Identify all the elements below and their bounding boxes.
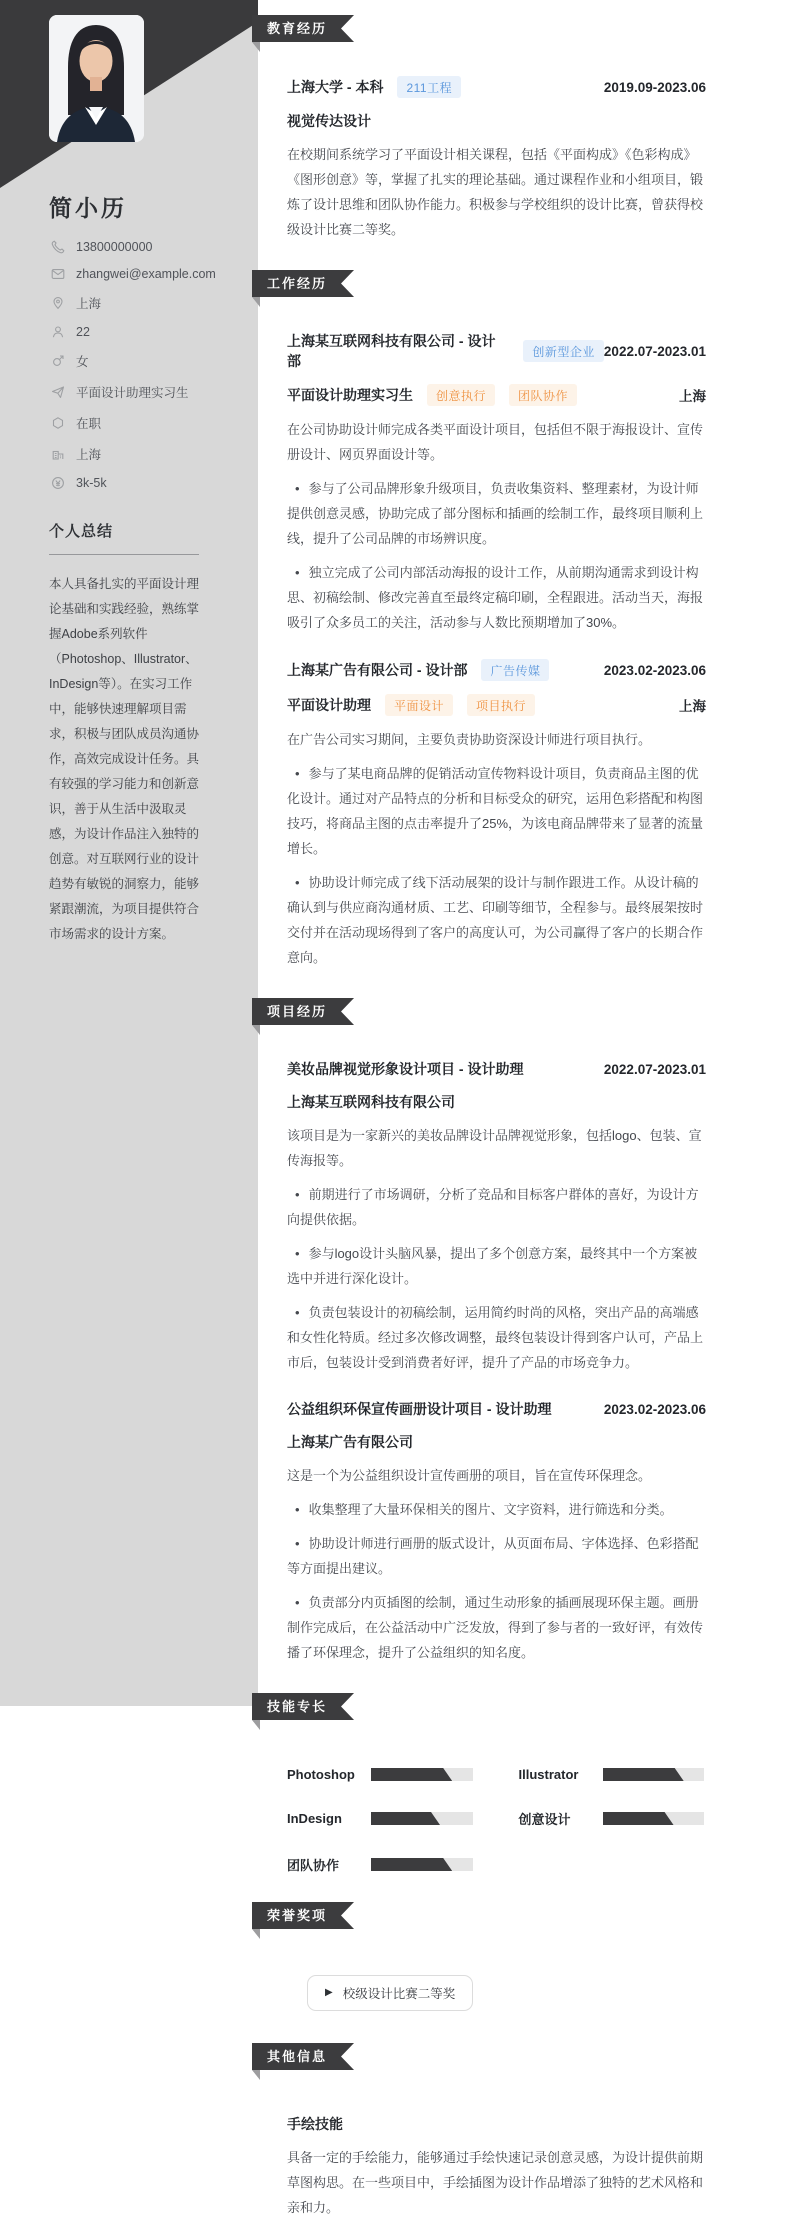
role-name: 平面设计助理实习生 [287, 385, 413, 405]
banner-fold-decoration [252, 1025, 260, 1035]
project-description: 这是一个为公益组织设计宣传画册的项目，旨在宣传环保理念。 [287, 1463, 706, 1488]
school-tag: 211工程 [397, 76, 461, 98]
bullet-dot: • [295, 870, 300, 895]
bullet-text: 收集整理了大量环保相关的图片、文字资料，进行筛选和分类。 [309, 1502, 673, 1517]
section-banner: 技能专长 [252, 1693, 354, 1706]
section-banner: 项目经历 [252, 998, 354, 1025]
contact-value: 13800000000 [76, 240, 152, 254]
bullet-text: 参与logo设计头脑风暴，提出了多个创意方案，最终其中一个方案被选中并进行深化设… [287, 1246, 697, 1286]
company-tag: 广告传媒 [481, 659, 549, 681]
contact-email: zhangwei@example.com [51, 260, 241, 287]
work-bullet: •独立完成了公司内部活动海报的设计工作，从前期沟通需求到设计构思、初稿绘制、修改… [287, 560, 706, 635]
bullet-text: 协助设计师进行画册的版式设计，从页面布局、字体选择、色彩搭配等方面提出建议。 [287, 1536, 699, 1576]
candidate-name: 简小历 [49, 190, 127, 223]
contact-location: 上海 [51, 287, 241, 318]
summary-title: 个人总结 [49, 520, 199, 555]
bullet-dot: • [295, 761, 300, 786]
bullet-dot: • [295, 476, 300, 501]
contact-position: 平面设计助理实习生 [51, 376, 241, 407]
project-org: 上海某互联网科技有限公司 [287, 1092, 455, 1112]
project-title: 公益组织环保宣传画册设计项目 - 设计助理 [287, 1399, 551, 1419]
contact-salary: 3k-5k [51, 469, 241, 496]
gender-icon [51, 354, 65, 368]
profile-photo [49, 15, 144, 142]
summary-text: 本人具备扎实的平面设计理论基础和实践经验，熟练掌握Adobe系列软件（Photo… [49, 572, 211, 947]
phone-icon [51, 240, 65, 254]
contact-value: 平面设计助理实习生 [76, 383, 189, 401]
role-name: 平面设计助理 [287, 695, 371, 715]
work-location: 上海 [679, 385, 706, 405]
project-entry: 公益组织环保宣传画册设计项目 - 设计助理 2023.02-2023.06 上海… [287, 1399, 706, 1665]
section-header: 项目经历 [252, 998, 706, 1035]
bullet-text: 负责部分内页插图的绘制，通过生动形象的插画展现环保主题。画册制作完成后，在公益活… [287, 1595, 703, 1660]
bullet-text: 协助设计师完成了线下活动展架的设计与制作跟进工作。从设计稿的确认到与供应商沟通材… [287, 875, 703, 965]
role-tag: 项目执行 [467, 694, 535, 716]
company-tag: 创新型企业 [523, 340, 604, 362]
project-title: 美妆品牌视觉形象设计项目 - 设计助理 [287, 1059, 523, 1079]
company-name: 上海某广告有限公司 - 设计部 [287, 660, 467, 680]
education-entry: 上海大学 - 本科 211工程 2019.09-2023.06 视觉传达设计 在… [287, 76, 706, 242]
location-icon [51, 296, 65, 310]
bullet-dot: • [295, 1182, 300, 1207]
banner-fold-decoration [252, 297, 260, 307]
work-entry: 上海某互联网科技有限公司 - 设计部 创新型企业 2022.07-2023.01… [287, 331, 706, 635]
major-name: 视觉传达设计 [287, 111, 371, 131]
work-entry: 上海某广告有限公司 - 设计部 广告传媒 2023.02-2023.06 平面设… [287, 659, 706, 970]
school-name: 上海大学 - 本科 [287, 77, 383, 97]
role-tag: 创意执行 [427, 384, 495, 406]
section-projects: 项目经历 美妆品牌视觉形象设计项目 - 设计助理 2022.07-2023.01… [287, 998, 706, 1665]
contact-value: 22 [76, 325, 90, 339]
section-header: 技能专长 [252, 1693, 706, 1706]
project-org: 上海某广告有限公司 [287, 1432, 413, 1452]
sidebar: 简小历 13800000000 zhangwei@example.com 上海 … [0, 0, 258, 1706]
bullet-dot: • [295, 560, 300, 585]
contact-phone: 13800000000 [51, 233, 241, 260]
section-header: 工作经历 [252, 270, 706, 307]
section-banner: 工作经历 [252, 270, 354, 297]
education-description: 在校期间系统学习了平面设计相关课程，包括《平面构成》《色彩构成》《图形创意》等，… [287, 142, 706, 242]
work-date: 2022.07-2023.01 [604, 344, 706, 359]
project-bullet: •收集整理了大量环保相关的图片、文字资料，进行筛选和分类。 [287, 1497, 706, 1522]
project-bullet: •协助设计师进行画册的版式设计，从页面布局、字体选择、色彩搭配等方面提出建议。 [287, 1531, 706, 1581]
role-tag: 平面设计 [385, 694, 453, 716]
contact-value: zhangwei@example.com [76, 267, 216, 281]
age-icon [51, 325, 65, 339]
contact-status: 在职 [51, 407, 241, 438]
bullet-text: 参与了某电商品牌的促销活动宣传物料设计项目，负责商品主图的优化设计。通过对产品特… [287, 766, 703, 856]
contact-value: 女 [76, 352, 89, 370]
work-location: 上海 [679, 695, 706, 715]
contact-city: 上海 [51, 438, 241, 469]
portrait-illustration [49, 15, 144, 142]
bullet-dot: • [295, 1531, 300, 1556]
project-date: 2023.02-2023.06 [604, 1402, 706, 1417]
contact-value: 上海 [76, 445, 101, 463]
banner-fold-decoration [252, 42, 260, 52]
section-work: 工作经历 上海某互联网科技有限公司 - 设计部 创新型企业 2022.07-20… [287, 270, 706, 970]
project-bullet: •参与logo设计头脑风暴，提出了多个创意方案，最终其中一个方案被选中并进行深化… [287, 1241, 706, 1291]
bullet-text: 参与了公司品牌形象升级项目，负责收集资料、整理素材，为设计师提供创意灵感，协助完… [287, 481, 703, 546]
contact-gender: 女 [51, 345, 241, 376]
role-tag: 团队协作 [509, 384, 577, 406]
contact-value: 上海 [76, 294, 101, 312]
email-icon [51, 267, 65, 281]
project-bullet: •前期进行了市场调研，分析了竞品和目标客户群体的喜好，为设计方向提供依据。 [287, 1182, 706, 1232]
section-education: 教育经历 上海大学 - 本科 211工程 2019.09-2023.06 视觉传… [287, 15, 706, 242]
bullet-dot: • [295, 1241, 300, 1266]
contact-value: 在职 [76, 414, 101, 432]
bullet-text: 独立完成了公司内部活动海报的设计工作，从前期沟通需求到设计构思、初稿绘制、修改完… [287, 565, 703, 630]
bullet-dot: • [295, 1497, 300, 1522]
company-name: 上海某互联网科技有限公司 - 设计部 [287, 331, 509, 371]
work-bullet: •参与了公司品牌形象升级项目，负责收集资料、整理素材，为设计师提供创意灵感，协助… [287, 476, 706, 551]
salary-icon [51, 476, 65, 490]
education-date: 2019.09-2023.06 [604, 80, 706, 95]
bullet-text: 负责包装设计的初稿绘制，运用简约时尚的风格，突出产品的高端感和女性化特质。经过多… [287, 1305, 703, 1370]
city-icon [51, 447, 65, 461]
work-description: 在公司协助设计师完成各类平面设计项目，包括但不限于海报设计、宣传册设计、网页界面… [287, 417, 706, 467]
bullet-dot: • [295, 1590, 300, 1615]
project-entry: 美妆品牌视觉形象设计项目 - 设计助理 2022.07-2023.01 上海某互… [287, 1059, 706, 1375]
status-icon [51, 416, 65, 430]
section-banner: 教育经历 [252, 15, 354, 42]
contact-list: 13800000000 zhangwei@example.com 上海 22 女… [51, 233, 241, 496]
resume-main: 教育经历 上海大学 - 本科 211工程 2019.09-2023.06 视觉传… [258, 0, 794, 1706]
project-date: 2022.07-2023.01 [604, 1062, 706, 1077]
project-bullet: •负责部分内页插图的绘制，通过生动形象的插画展现环保主题。画册制作完成后，在公益… [287, 1590, 706, 1665]
contact-age: 22 [51, 318, 241, 345]
bullet-text: 前期进行了市场调研，分析了竞品和目标客户群体的喜好，为设计方向提供依据。 [287, 1187, 699, 1227]
section-skills: 技能专长 Photoshop Illustrator InDesign 创意设计… [287, 1693, 706, 1706]
work-date: 2023.02-2023.06 [604, 663, 706, 678]
section-header: 教育经历 [252, 15, 706, 52]
work-description: 在广告公司实习期间，主要负责协助资深设计师进行项目执行。 [287, 727, 706, 752]
work-bullet: •协助设计师完成了线下活动展架的设计与制作跟进工作。从设计稿的确认到与供应商沟通… [287, 870, 706, 970]
bullet-dot: • [295, 1300, 300, 1325]
project-bullet: •负责包装设计的初稿绘制，运用简约时尚的风格，突出产品的高端感和女性化特质。经过… [287, 1300, 706, 1375]
work-bullet: •参与了某电商品牌的促销活动宣传物料设计项目，负责商品主图的优化设计。通过对产品… [287, 761, 706, 861]
contact-value: 3k-5k [76, 476, 107, 490]
project-description: 该项目是为一家新兴的美妆品牌设计品牌视觉形象，包括logo、包装、宣传海报等。 [287, 1123, 706, 1173]
position-icon [51, 385, 65, 399]
